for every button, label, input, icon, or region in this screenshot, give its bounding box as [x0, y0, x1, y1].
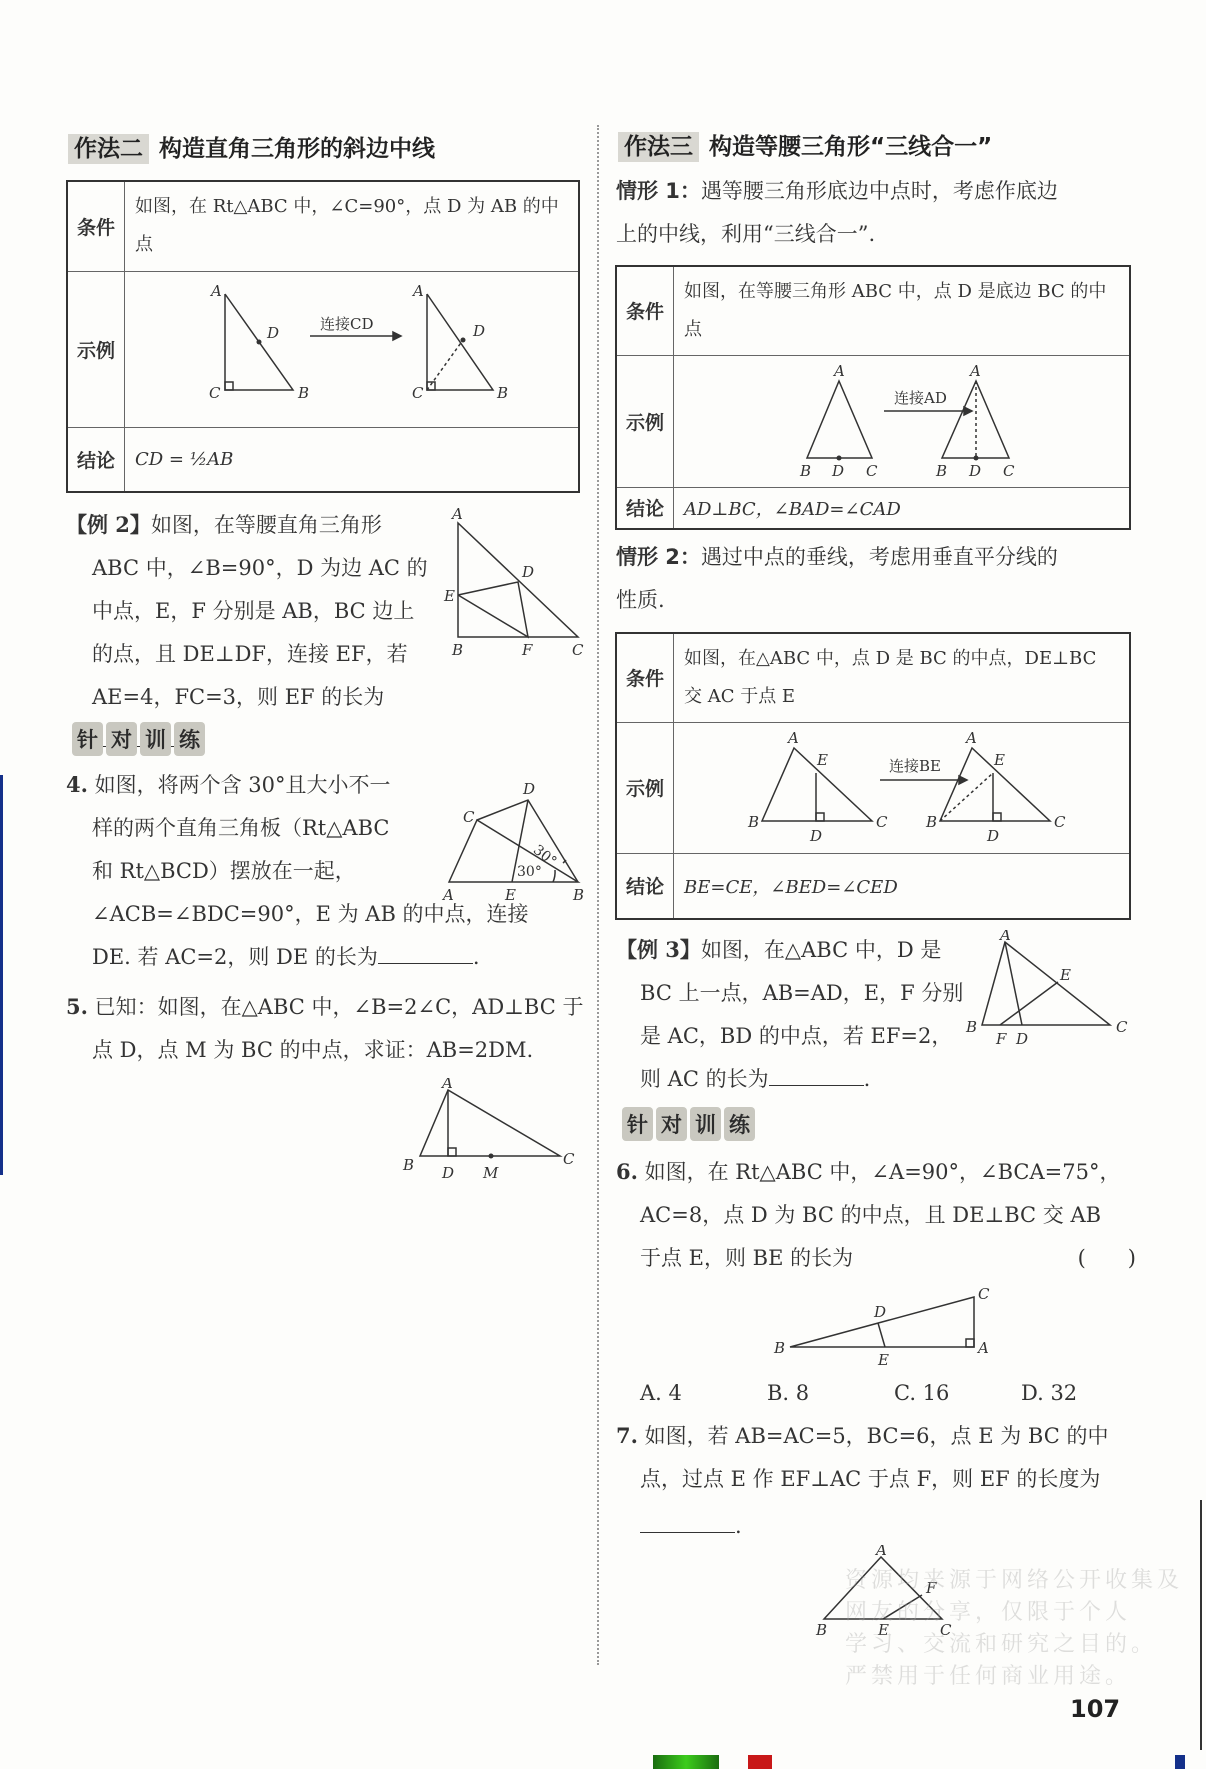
svg-text:E: E — [993, 751, 1005, 769]
svg-text:A: A — [874, 1545, 887, 1559]
conclusion-label: 结论 — [67, 427, 125, 492]
svg-text:A: A — [964, 729, 977, 747]
option-c[interactable]: C. 16 — [894, 1372, 1021, 1415]
example2-line: AE=4，FC=3，则 EF 的长为 — [92, 685, 384, 709]
svg-text:D: D — [809, 827, 822, 845]
condition-label: 条件 — [616, 266, 674, 355]
page-number: 107 — [1070, 1695, 1120, 1723]
svg-text:D: D — [441, 1164, 454, 1182]
svg-text:A: A — [998, 930, 1011, 944]
q7-line: 点，过点 E 作 EF⊥AC 于点 F，则 EF 的长度为 — [616, 1458, 1136, 1501]
q6-line: 于点 E，则 BE 的长为 — [640, 1246, 853, 1270]
svg-text:E: E — [443, 587, 455, 605]
right-edge-line — [1200, 1500, 1202, 1750]
condition-label: 条件 — [67, 181, 125, 271]
q7-line: 如图，若 AB=AC=5，BC=6，点 E 为 BC 的中 — [645, 1424, 1109, 1448]
condition-label: 条件 — [616, 633, 674, 722]
method3-heading: 作法三构造等腰三角形“三线合一” — [618, 128, 992, 161]
svg-text:M: M — [482, 1164, 499, 1182]
svg-text:D: D — [521, 563, 534, 581]
bottom-red-mark — [748, 1755, 772, 1769]
option-d[interactable]: D. 32 — [1021, 1372, 1148, 1415]
svg-text:D: D — [1015, 1030, 1028, 1048]
q4-number: 4. — [66, 772, 88, 797]
method3-tag: 作法三 — [618, 132, 699, 162]
svg-text:D: D — [522, 780, 535, 798]
svg-text:E: E — [816, 751, 828, 769]
method2-tag: 作法二 — [68, 134, 149, 164]
svg-text:E: E — [877, 1351, 889, 1369]
svg-text:B: B — [925, 813, 937, 831]
column-divider — [597, 125, 599, 1665]
case1-intro: 情形 1：遇等腰三角形底边中点时，考虑作底边 上的中线，利用“三线合一”. — [616, 170, 1136, 256]
svg-text:连接CD: 连接CD — [320, 315, 374, 333]
case1-line: 上的中线，利用“三线合一”. — [616, 213, 1136, 256]
svg-text:F: F — [521, 641, 533, 659]
left-edge-mark — [0, 775, 3, 1175]
condition-text: 如图，在△ABC 中，点 D 是 BC 的中点，DE⊥BC 交 AC 于点 E — [674, 633, 1131, 722]
example-label: 示例 — [616, 355, 674, 487]
svg-text:连接BE: 连接BE — [889, 757, 941, 775]
case2-table: 条件 如图，在△ABC 中，点 D 是 BC 的中点，DE⊥BC 交 AC 于点… — [615, 632, 1131, 920]
bottom-green-mark — [653, 1755, 719, 1769]
svg-text:C: C — [463, 808, 475, 826]
method2-heading: 作法二构造直角三角形的斜边中线 — [68, 130, 435, 163]
question-4-figure: DCAEB 30° 30° — [435, 770, 595, 905]
example3-line: 则 AC 的长为 — [640, 1067, 769, 1091]
svg-text:B: B — [965, 1018, 977, 1036]
svg-text:C: C — [866, 462, 878, 480]
option-a[interactable]: A. 4 — [640, 1372, 767, 1415]
conclusion-text: AD⊥BC，∠BAD=∠CAD — [674, 487, 1131, 529]
question-6-figure: BDECA — [770, 1285, 1000, 1375]
svg-text:A: A — [209, 282, 222, 300]
q5-number: 5. — [66, 994, 88, 1019]
answer-bracket[interactable]: ( ) — [1078, 1237, 1136, 1280]
svg-text:C: C — [1116, 1018, 1128, 1036]
example-figure: AEBDC AEBDC 连接BE — [674, 722, 1131, 853]
example2-line: 中点，E，F 分别是 AB，BC 边上 — [66, 590, 466, 633]
q4-line: DE. 若 AC=2，则 DE 的长为 — [92, 945, 378, 969]
isosceles-median-figure: ABDC ABDC 连接AD — [684, 356, 1114, 481]
answer-blank[interactable] — [378, 942, 473, 964]
svg-text:B: B — [572, 886, 584, 904]
targeted-practice-label: 针对训练 — [622, 1107, 758, 1141]
question-7: 7. 如图，若 AB=AC=5，BC=6，点 E 为 BC 的中 点，过点 E … — [616, 1414, 1136, 1548]
case2-label: 情形 2： — [616, 545, 701, 569]
svg-text:30°: 30° — [517, 864, 542, 880]
q4-line: 如图，将两个含 30°且大小不一 — [95, 773, 391, 797]
svg-text:A: A — [411, 282, 424, 300]
conclusion-text: BE=CE，∠BED=∠CED — [674, 853, 1131, 919]
example3-line: 是 AC，BD 的中点，若 EF=2， — [616, 1015, 976, 1058]
case1-line: 遇等腰三角形底边中点时，考虑作底边 — [701, 179, 1058, 203]
svg-text:B: B — [799, 462, 811, 480]
conclusion-label: 结论 — [616, 487, 674, 529]
svg-text:E: E — [504, 886, 516, 904]
question-6: 6. 如图，在 Rt△ABC 中，∠A=90°，∠BCA=75°， AC=8，点… — [616, 1150, 1136, 1280]
method3-title: 构造等腰三角形“三线合一” — [709, 134, 992, 160]
svg-text:D: D — [986, 827, 999, 845]
svg-text:E: E — [1059, 966, 1071, 984]
case2-line: 性质. — [616, 579, 1136, 622]
case2-line: 遇过中点的垂线，考虑用垂直平分线的 — [701, 545, 1058, 569]
q6-line: AC=8，点 D 为 BC 的中点，且 DE⊥BC 交 AB — [616, 1194, 1136, 1237]
svg-text:D: D — [873, 1303, 886, 1321]
targeted-practice-label: 针对训练 — [72, 722, 208, 756]
svg-text:B: B — [297, 384, 309, 402]
example-figure: ABDC ABDC 连接AD — [674, 355, 1131, 487]
question-5: 5. 已知：如图，在△ABC 中，∠B=2∠C，AD⊥BC 于 点 D，点 M … — [66, 985, 596, 1072]
example2-line: ABC 中，∠B=90°，D 为边 AC 的 — [66, 547, 466, 590]
q5-line: 已知：如图，在△ABC 中，∠B=2∠C，AD⊥BC 于 — [95, 995, 584, 1019]
example-figure: ADCB ADCB 连接CD — [125, 271, 580, 427]
conclusion-text: CD = ½AB — [125, 427, 580, 492]
example3-label: 【例 3】 — [616, 937, 701, 962]
svg-text:B: B — [935, 462, 947, 480]
q6-options: A. 4B. 8C. 16D. 32 — [640, 1372, 1148, 1415]
svg-text:C: C — [1003, 462, 1015, 480]
case2-intro: 情形 2：遇过中点的垂线，考虑用垂直平分线的 性质. — [616, 536, 1136, 622]
svg-text:连接AD: 连接AD — [894, 389, 947, 407]
svg-text:A: A — [441, 886, 454, 904]
svg-text:B: B — [773, 1339, 785, 1357]
svg-text:B: B — [402, 1156, 414, 1174]
svg-text:C: C — [563, 1150, 575, 1168]
example2-figure: ADEBFC — [440, 505, 590, 665]
svg-text:C: C — [876, 813, 888, 831]
bottom-blue-mark — [1175, 1755, 1185, 1769]
svg-text:D: D — [831, 462, 844, 480]
case1-label: 情形 1： — [616, 179, 701, 203]
svg-text:F: F — [995, 1030, 1007, 1048]
conclusion-label: 结论 — [616, 853, 674, 919]
svg-text:C: C — [412, 384, 424, 402]
svg-text:A: A — [786, 729, 799, 747]
example2-label: 【例 2】 — [66, 512, 151, 537]
svg-text:D: D — [968, 462, 981, 480]
svg-text:C: C — [978, 1285, 990, 1303]
svg-text:C: C — [209, 384, 221, 402]
example3: 【例 3】如图，在△ABC 中，D 是 BC 上一点，AB=AD，E，F 分别 … — [616, 928, 976, 1101]
example3-line: BC 上一点，AB=AD，E，F 分别 — [616, 972, 976, 1015]
svg-text:A: A — [450, 505, 463, 523]
example3-figure: AEBFDC — [960, 930, 1135, 1050]
svg-text:A: A — [440, 1078, 453, 1092]
perpendicular-bisector-figure: AEBDC AEBDC 连接BE — [684, 723, 1114, 848]
example2-line: 如图，在等腰直角三角形 — [151, 513, 382, 537]
method2-title: 构造直角三角形的斜边中线 — [159, 136, 435, 162]
svg-text:C: C — [1054, 813, 1066, 831]
method2-table: 条件 如图，在 Rt△ABC 中，∠C=90°，点 D 为 AB 的中点 示例 … — [66, 180, 580, 493]
condition-text: 如图，在等腰三角形 ABC 中，点 D 是底边 BC 的中点 — [674, 266, 1131, 355]
watermark: 资源均来源于网络公开收集及 网友的分享，仅限于个人 学习、交流和研究之目的。 严… — [845, 1565, 1183, 1693]
right-triangle-midpoint-figure: ADCB ADCB 连接CD — [135, 272, 565, 422]
option-b[interactable]: B. 8 — [767, 1372, 894, 1415]
svg-text:A: A — [832, 362, 845, 380]
q7-number: 7. — [616, 1423, 638, 1448]
answer-blank[interactable] — [769, 1064, 864, 1086]
svg-text:A: A — [968, 362, 981, 380]
q6-number: 6. — [616, 1159, 638, 1184]
svg-text:C: C — [572, 641, 584, 659]
q6-line: 如图，在 Rt△ABC 中，∠A=90°，∠BCA=75°， — [645, 1160, 1121, 1184]
svg-text:B: B — [815, 1621, 827, 1635]
example-label: 示例 — [67, 271, 125, 427]
question-5-figure: ABDMC — [398, 1078, 588, 1193]
svg-text:D: D — [472, 322, 485, 340]
condition-text: 如图，在 Rt△ABC 中，∠C=90°，点 D 为 AB 的中点 — [125, 181, 580, 271]
svg-text:B: B — [496, 384, 508, 402]
svg-text:D: D — [266, 324, 279, 342]
case1-table: 条件 如图，在等腰三角形 ABC 中，点 D 是底边 BC 的中点 示例 ABD… — [615, 265, 1131, 530]
svg-text:B: B — [747, 813, 759, 831]
example2-line: 的点，且 DE⊥DF，连接 EF，若 — [66, 633, 466, 676]
example3-line: 如图，在△ABC 中，D 是 — [701, 938, 941, 962]
q5-line: 点 D，点 M 为 BC 的中点，求证：AB=2DM. — [66, 1029, 596, 1072]
answer-blank[interactable] — [640, 1511, 735, 1533]
svg-text:B: B — [451, 641, 463, 659]
svg-text:A: A — [976, 1339, 989, 1357]
example-label: 示例 — [616, 722, 674, 853]
